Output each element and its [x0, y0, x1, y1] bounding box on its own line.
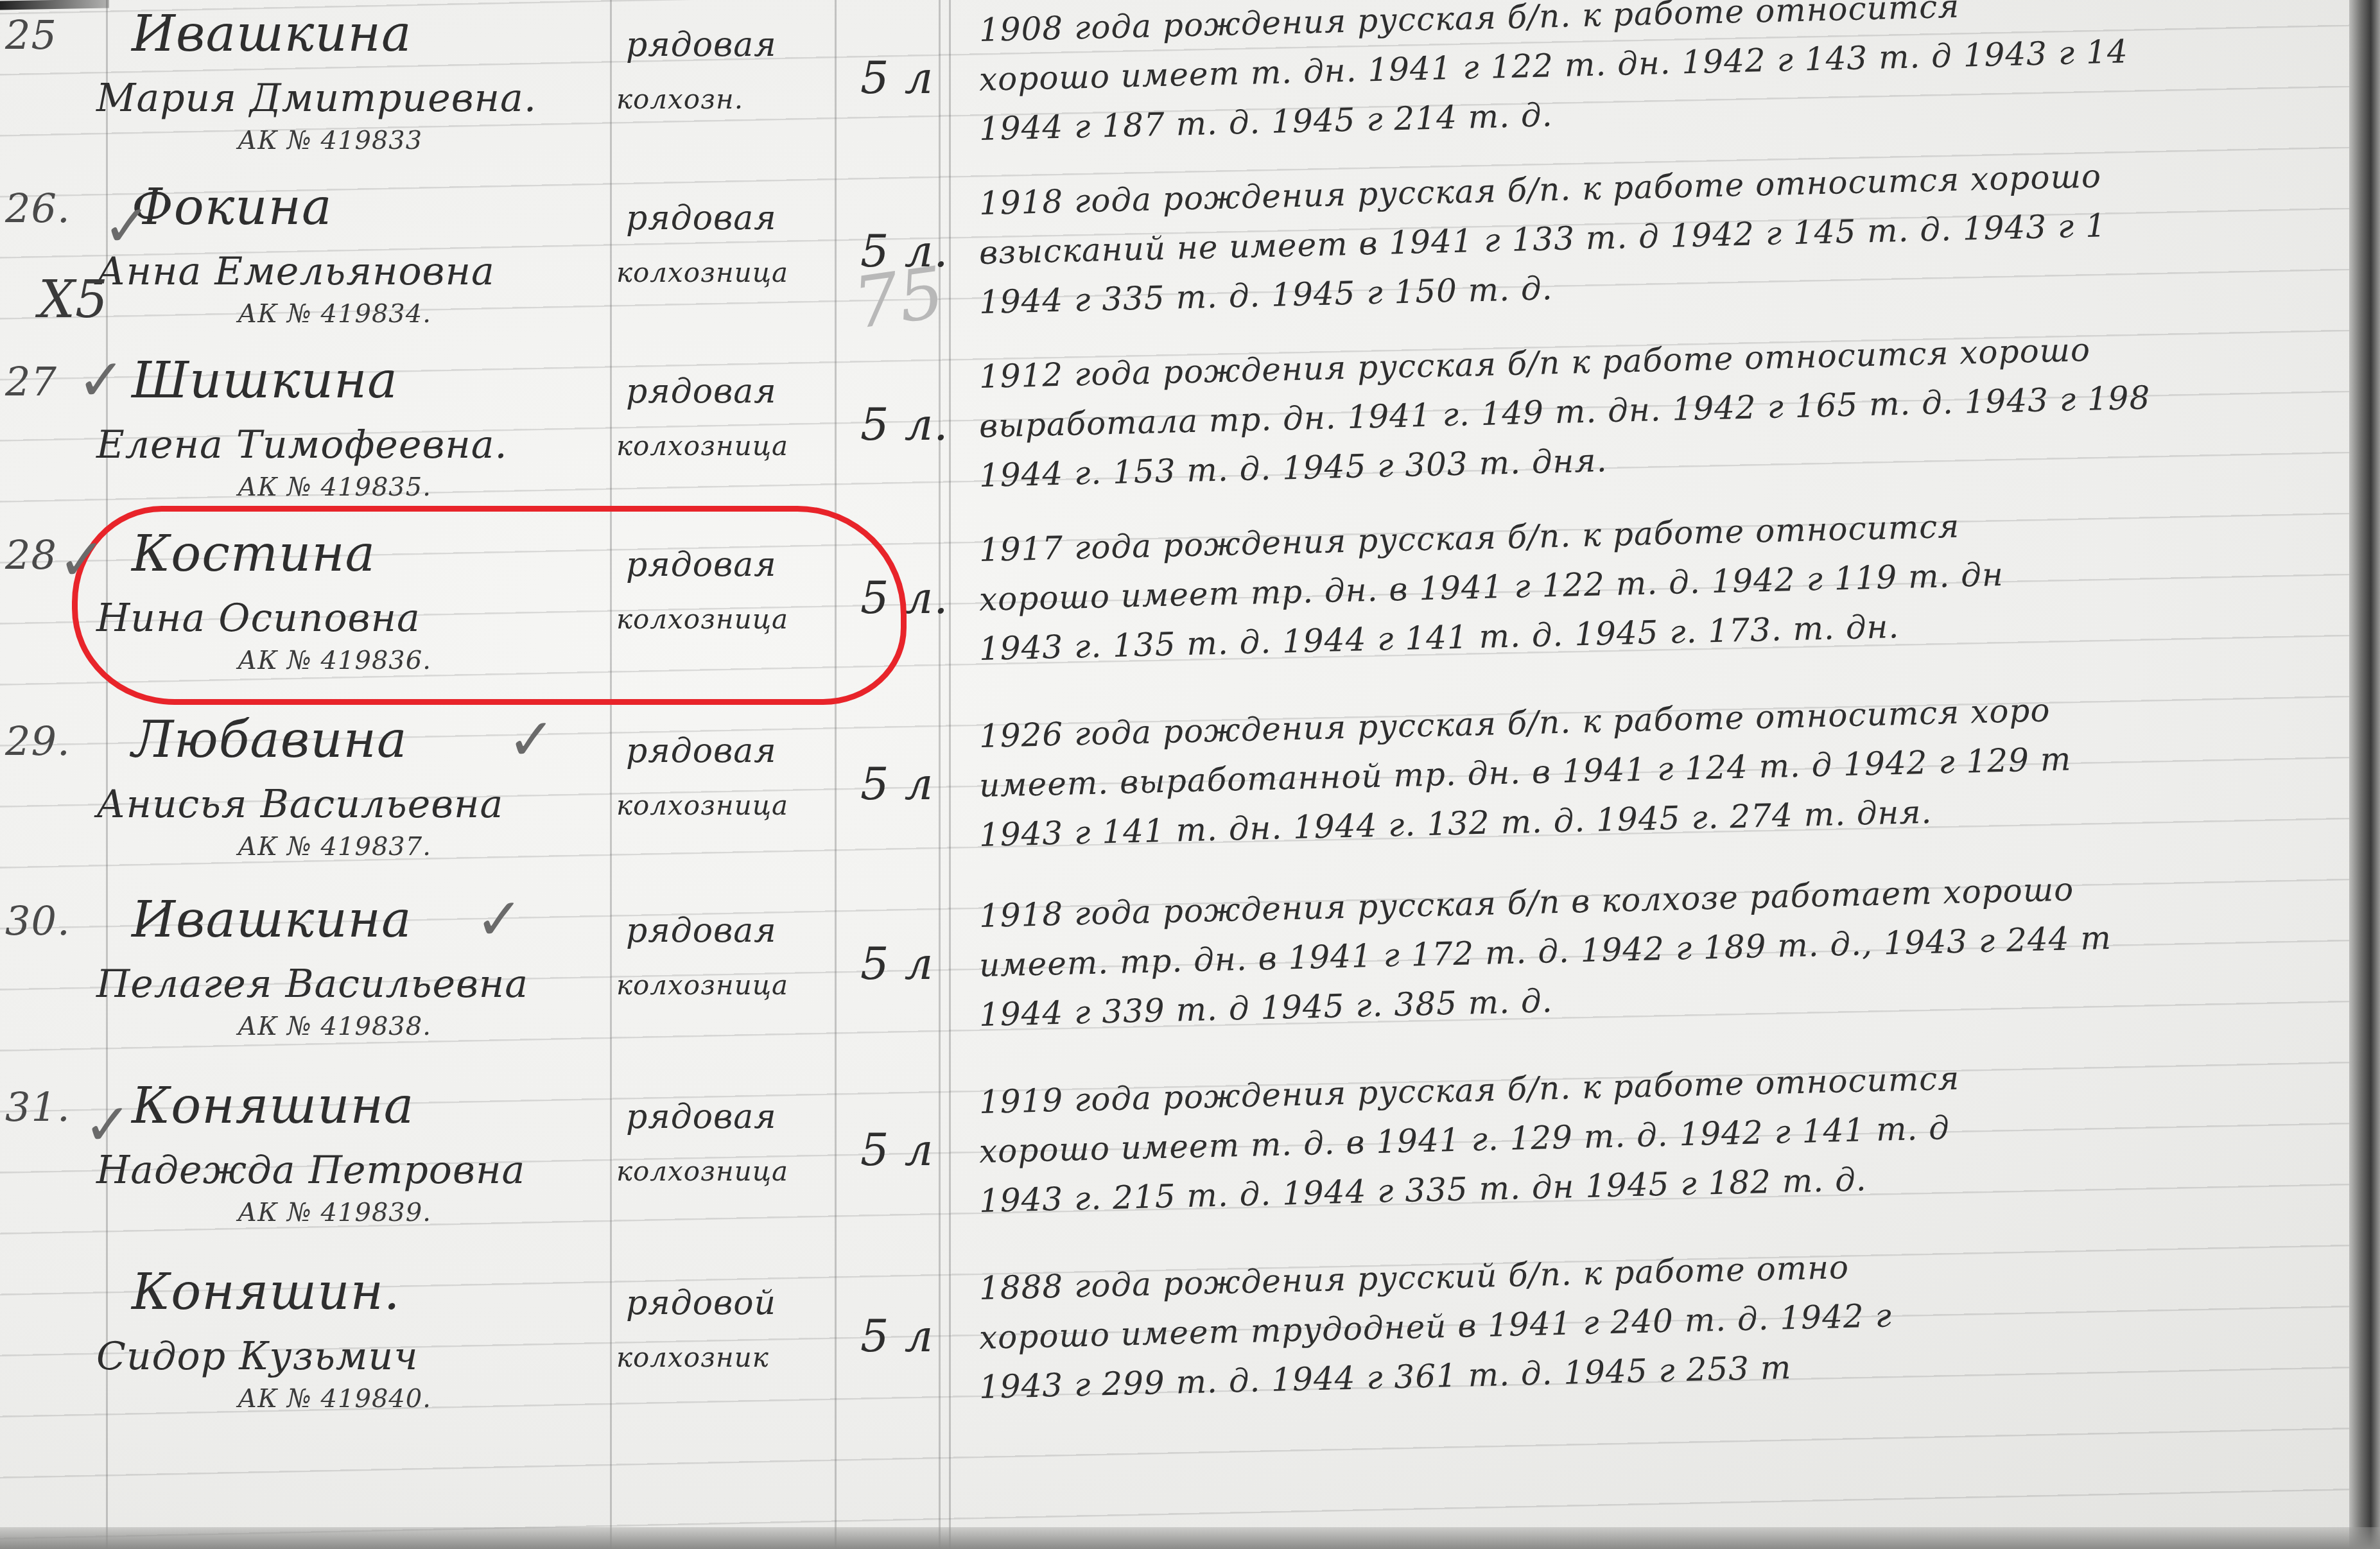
entry-number: 26.: [5, 185, 71, 232]
pencil-annotation: 75: [849, 251, 949, 345]
entry-description-line: 1944 г 187 т. д. 1945 г 214 т. д.: [978, 96, 1553, 148]
entry-rank: рядовая: [626, 732, 777, 770]
entry-description-line: 1919 года рождения русская б/п. к работе…: [978, 1060, 1960, 1121]
entry-given-names: Пелагея Васильевна: [96, 962, 528, 1007]
entry-number: 31.: [5, 1084, 71, 1130]
entry-occupation: колхозница: [616, 257, 788, 288]
entry-description-line: 1943 г 141 т. дн. 1944 г. 132 т. д. 1945…: [978, 793, 1933, 854]
entry-term: 5 л: [860, 937, 934, 990]
entry-given-names: Анна Емельяновна: [96, 249, 495, 294]
entry-description-line: 1943 г. 215 т. д. 1944 г 335 т. дн 1945 …: [978, 1161, 1867, 1220]
checkmark-icon: ✓: [475, 886, 523, 953]
entry-given-names: Елена Тимофеевна.: [96, 422, 508, 467]
entry-description-line: 1944 г 339 т. д 1945 г. 385 т. д.: [978, 982, 1553, 1034]
entry-occupation: колхозница: [616, 790, 788, 821]
entry-given-names: Сидор Кузьмич: [96, 1334, 419, 1379]
ledger-entry: Коняшин.Сидор КузьмичАК № 419840.рядовой…: [0, 1258, 2350, 1432]
entry-occupation: колхозница: [616, 969, 788, 1001]
book-binding: [2349, 0, 2380, 1549]
checkmark-icon: ✓: [83, 1091, 132, 1159]
entry-given-names: Мария Дмитриевна.: [96, 76, 537, 121]
entry-certificate-number: АК № 419837.: [238, 832, 431, 861]
entry-certificate-number: АК № 419838.: [238, 1012, 431, 1041]
entry-certificate-number: АК № 419835.: [238, 472, 431, 502]
entry-term: 5 л: [860, 51, 934, 104]
entry-term: 5 л.: [860, 398, 949, 451]
entry-number: 27: [5, 358, 57, 405]
entry-term: 5 л.: [860, 571, 949, 624]
entry-given-names: Надежда Петровна: [96, 1148, 525, 1193]
entry-surname: Коняшина: [132, 1077, 414, 1135]
entry-number: 29.: [5, 718, 71, 765]
entry-rank: рядовая: [626, 912, 777, 950]
entry-occupation: колхозница: [616, 1155, 788, 1187]
checkmark-icon: ✓: [77, 347, 125, 414]
entry-surname: Ивашкина: [132, 5, 412, 63]
ledger-entry: 30.ИвашкинаПелагея ВасильевнаАК № 419838…: [0, 886, 2350, 1059]
entry-surname: Костина: [132, 525, 376, 583]
entry-certificate-number: АК № 419834.: [238, 299, 431, 329]
entry-description-line: 1888 года рождения русский б/п. к работе…: [978, 1249, 1849, 1307]
ledger-entry: 28КостинаНина ОсиповнаАК № 419836.рядова…: [0, 520, 2350, 693]
entry-description-line: хорошо имеет трудодней в 1941 г 240 т. д…: [978, 1297, 1892, 1356]
entry-given-names: Нина Осиповна: [96, 596, 421, 641]
checkmark-icon: ✓: [507, 706, 555, 774]
entry-certificate-number: АК № 419839.: [238, 1198, 431, 1227]
entry-term: 5 л: [860, 1123, 934, 1176]
entry-term: 5 л: [860, 1310, 934, 1362]
entry-occupation: колхозница: [616, 430, 788, 462]
entry-given-names: Анисья Васильевна: [96, 782, 503, 827]
entry-surname: Фокина: [132, 178, 332, 236]
entry-surname: Коняшин.: [132, 1263, 401, 1321]
entry-certificate-number: АК № 419836.: [238, 646, 431, 675]
entry-rank: рядовая: [626, 1098, 777, 1136]
entry-occupation: колхозница: [616, 603, 788, 635]
entry-occupation: колхозн.: [616, 83, 743, 115]
entry-occupation: колхозник: [616, 1342, 769, 1373]
entry-description-line: 1943 г. 135 т. д. 1944 г 141 т. д. 1945 …: [978, 608, 1900, 668]
entry-surname: Ивашкина: [132, 891, 412, 949]
entry-description-line: 1944 г. 153 т. д. 1945 г 303 т. дня.: [978, 442, 1608, 494]
entry-description-line: 1943 г 299 т. д. 1944 г 361 т. д. 1945 г…: [978, 1349, 1792, 1406]
ledger-entry: 31.КоняшинаНадежда ПетровнаАК № 419839.р…: [0, 1072, 2350, 1245]
entry-description-line: 1944 г 335 т. д. 1945 г 150 т. д.: [978, 270, 1553, 321]
margin-annotation: Х5: [39, 270, 108, 329]
entry-number: 28: [5, 532, 57, 578]
entry-number: 30.: [5, 897, 71, 944]
entry-certificate-number: АК № 419840.: [238, 1384, 431, 1414]
entry-number: 25: [5, 12, 57, 58]
ledger-entry: 27ШишкинаЕлена Тимофеевна.АК № 419835.ря…: [0, 347, 2350, 520]
ledger-page: 25ИвашкинаМария Дмитриевна.АК № 419833ря…: [0, 0, 2380, 1549]
entry-rank: рядовая: [626, 199, 777, 238]
ledger-entry: 25ИвашкинаМария Дмитриевна.АК № 419833ря…: [0, 0, 2350, 173]
page-bottom-edge: [0, 1527, 2380, 1549]
entry-rank: рядовая: [626, 372, 777, 411]
entry-description-line: хорошо имеет т. д. в 1941 г. 129 т. д. 1…: [978, 1109, 1950, 1170]
checkmark-icon: ✓: [103, 193, 151, 260]
checkmark-icon: ✓: [58, 526, 106, 594]
entry-rank: рядовая: [626, 26, 777, 64]
ledger-entry: 29.ЛюбавинаАнисья ВасильевнаАК № 419837.…: [0, 706, 2350, 879]
entry-surname: Любавина: [132, 711, 407, 769]
entry-rank: рядовая: [626, 546, 777, 584]
entry-certificate-number: АК № 419833: [238, 126, 422, 155]
entry-rank: рядовой: [626, 1284, 776, 1322]
entry-surname: Шишкина: [132, 352, 398, 410]
ledger-entry: 26.ФокинаАнна ЕмельяновнаАК № 419834.ряд…: [0, 173, 2350, 347]
entry-term: 5 л: [860, 757, 934, 810]
